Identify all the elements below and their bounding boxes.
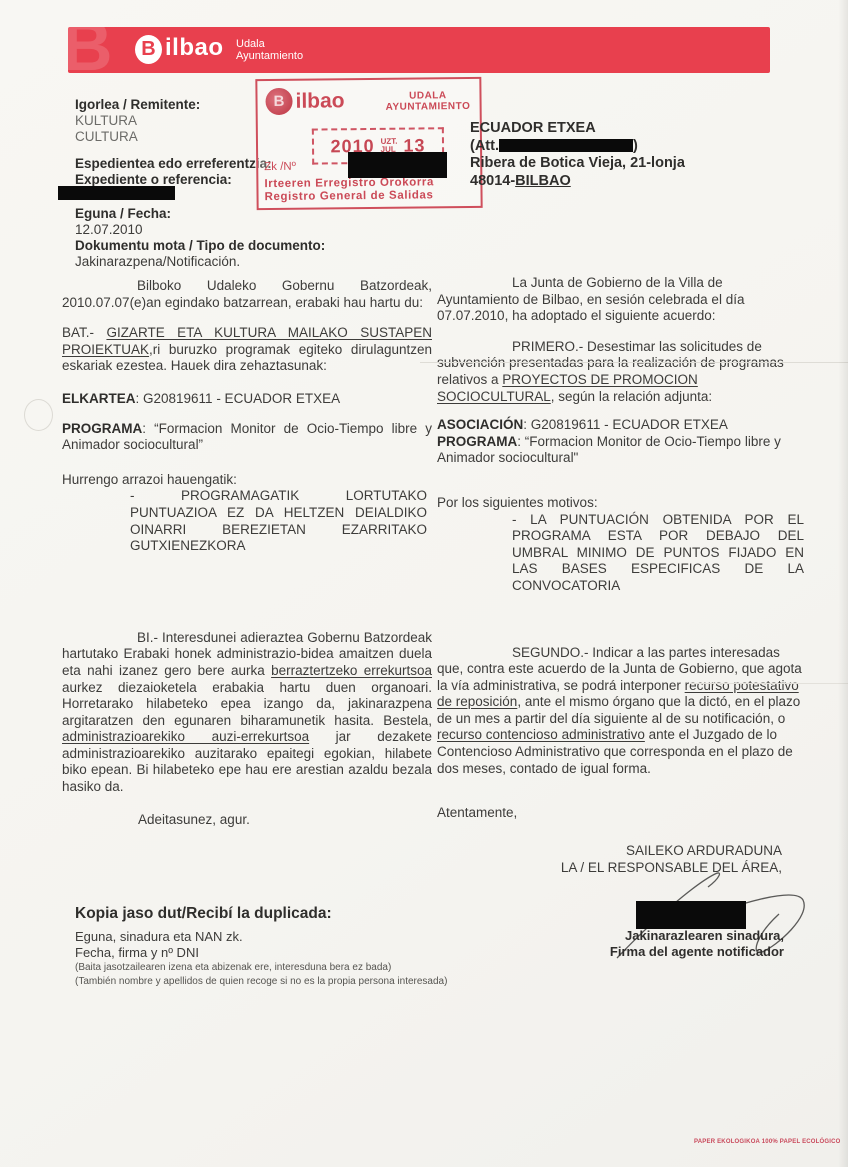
reason-item-eu: - PROGRAMAGATIK LORTUTAKO PUNTUAZIOA EZ … xyxy=(130,488,427,554)
sender-label: Igorlea / Remitente: xyxy=(75,97,200,113)
recipient-att-redaction-bar xyxy=(499,139,633,152)
date-value: 12.07.2010 xyxy=(75,222,325,238)
sender-block: Igorlea / Remitente: KULTURA CULTURA xyxy=(75,97,200,145)
receipt-title: Kopia jaso dut/Recibí la duplicada: xyxy=(75,905,447,923)
stamp-registry-lines: Irteeren Erregistro Orokorra Registro Ge… xyxy=(264,176,434,204)
receipt-line-eu: Eguna, sinadura eta NAN zk. xyxy=(75,929,447,945)
recipient-name: ECUADOR ETXEA xyxy=(470,120,685,138)
signature-labels: Jakinarazlearen sinadura, Firma del agen… xyxy=(610,928,784,959)
recipient-postal-line: 48014-BILBAO xyxy=(470,173,685,191)
paragraph-primero: PRIMERO.- Desestimar las solicitudes de … xyxy=(437,339,805,405)
receipt-block: Kopia jaso dut/Recibí la duplicada: Egun… xyxy=(75,905,447,988)
recipient-city: BILBAO xyxy=(515,173,571,189)
sender-line: KULTURA xyxy=(75,113,200,129)
basque-column: Bilboko Udaleko Gobernu Batzordeak, 2010… xyxy=(62,278,432,828)
receipt-line-es: Fecha, firma y nº DNI xyxy=(75,945,447,961)
signature-label-eu: Jakinarazlearen sinadura, xyxy=(610,928,784,944)
scanned-letter-page: B B ilbao Udala Ayuntamiento Igorlea / R… xyxy=(0,0,848,1167)
stamp-number-label: Zk /Nº xyxy=(264,161,296,173)
reason-item-es: - LA PUNTUACIÓN OBTENIDA POR EL PROGRAMA… xyxy=(512,512,804,595)
salutation-eu: Adeitasunez, agur. xyxy=(138,812,432,829)
scan-fold-line xyxy=(420,362,848,363)
entity-line-es: ASOCIACIÓN: G20819611 - ECUADOR ETXEA xyxy=(437,417,805,434)
eco-paper-footer: PAPER EKOLOGIKOA 100% PAPEL ECOLÓGICO xyxy=(694,1139,841,1145)
recipient-att-line: (Att.) xyxy=(470,138,685,156)
reference-redaction-bar xyxy=(58,186,175,200)
registry-stamp: B ilbao UDALA AYUNTAMIENTO 2010 UZT. JUL… xyxy=(255,77,482,210)
stamp-logo-text: ilbao xyxy=(295,89,344,114)
stamp-org-name: UDALA AYUNTAMIENTO xyxy=(385,90,470,113)
spanish-column: La Junta de Gobierno de la Villa de Ayun… xyxy=(437,275,805,822)
receipt-small-es: (También nombre y apellidos de quien rec… xyxy=(75,976,447,988)
bilbao-logo-icon: B xyxy=(135,35,162,64)
header-subtitle: Udala Ayuntamiento xyxy=(236,38,303,62)
program-line-eu: PROGRAMA: “Formacion Monitor de Ocio-Tie… xyxy=(62,421,432,454)
paragraph-bat: BAT.- GIZARTE ETA KULTURA MAILAKO SUSTAP… xyxy=(62,325,432,375)
paragraph-intro-es: La Junta de Gobierno de la Villa de Ayun… xyxy=(437,275,805,325)
stamp-number-redaction-bar xyxy=(348,152,447,178)
entity-line-eu: ELKARTEA: G20819611 - ECUADOR ETXEA xyxy=(62,391,432,408)
stamp-bilbao-logo-icon: B xyxy=(265,88,292,115)
date-block: Eguna / Fecha: 12.07.2010 Dokumentu mota… xyxy=(75,206,325,270)
reasons-intro-eu: Hurrengo arrazoi hauengatik: xyxy=(62,472,432,489)
receipt-small-eu: (Baita jasotzailearen izena eta abizenak… xyxy=(75,962,447,974)
program-line-es: PROGRAMA: “Formacion Monitor de Ocio-Tie… xyxy=(437,434,805,467)
reference-label-eu: Espedientea edo erreferentzia: xyxy=(75,156,272,172)
responsible-title-eu: SAILEKO ARDURADUNA xyxy=(561,843,782,860)
paragraph-bi: BI.- Interesdunei adieraztea Gobernu Bat… xyxy=(62,630,432,796)
reasons-intro-es: Por los siguientes motivos: xyxy=(437,495,805,512)
bilbao-logo-text: ilbao xyxy=(165,34,224,62)
punch-hole-mark xyxy=(24,399,53,431)
reference-block: Espedientea edo erreferentzia: Expedient… xyxy=(75,156,272,188)
recipient-block: ECUADOR ETXEA (Att.) Ribera de Botica Vi… xyxy=(470,120,685,190)
sender-line: CULTURA xyxy=(75,129,200,145)
doc-type-value: Jakinarazpena/Notificación. xyxy=(75,254,325,270)
doc-type-label: Dokumentu mota / Tipo de documento: xyxy=(75,238,325,254)
signature-label-es: Firma del agente notificador xyxy=(610,944,784,960)
signature-redaction-bar xyxy=(636,901,746,929)
recipient-address: Ribera de Botica Vieja, 21-lonja xyxy=(470,155,685,173)
scan-fold-line xyxy=(690,683,848,684)
bilbao-header-banner: B B ilbao Udala Ayuntamiento xyxy=(68,27,770,73)
paragraph-intro-eu: Bilboko Udaleko Gobernu Batzordeak, 2010… xyxy=(62,278,432,311)
salutation-es: Atentamente, xyxy=(437,805,805,822)
paragraph-segundo: SEGUNDO.- Indicar a las partes interesad… xyxy=(437,645,805,778)
bilbao-watermark-b: B xyxy=(68,27,113,73)
